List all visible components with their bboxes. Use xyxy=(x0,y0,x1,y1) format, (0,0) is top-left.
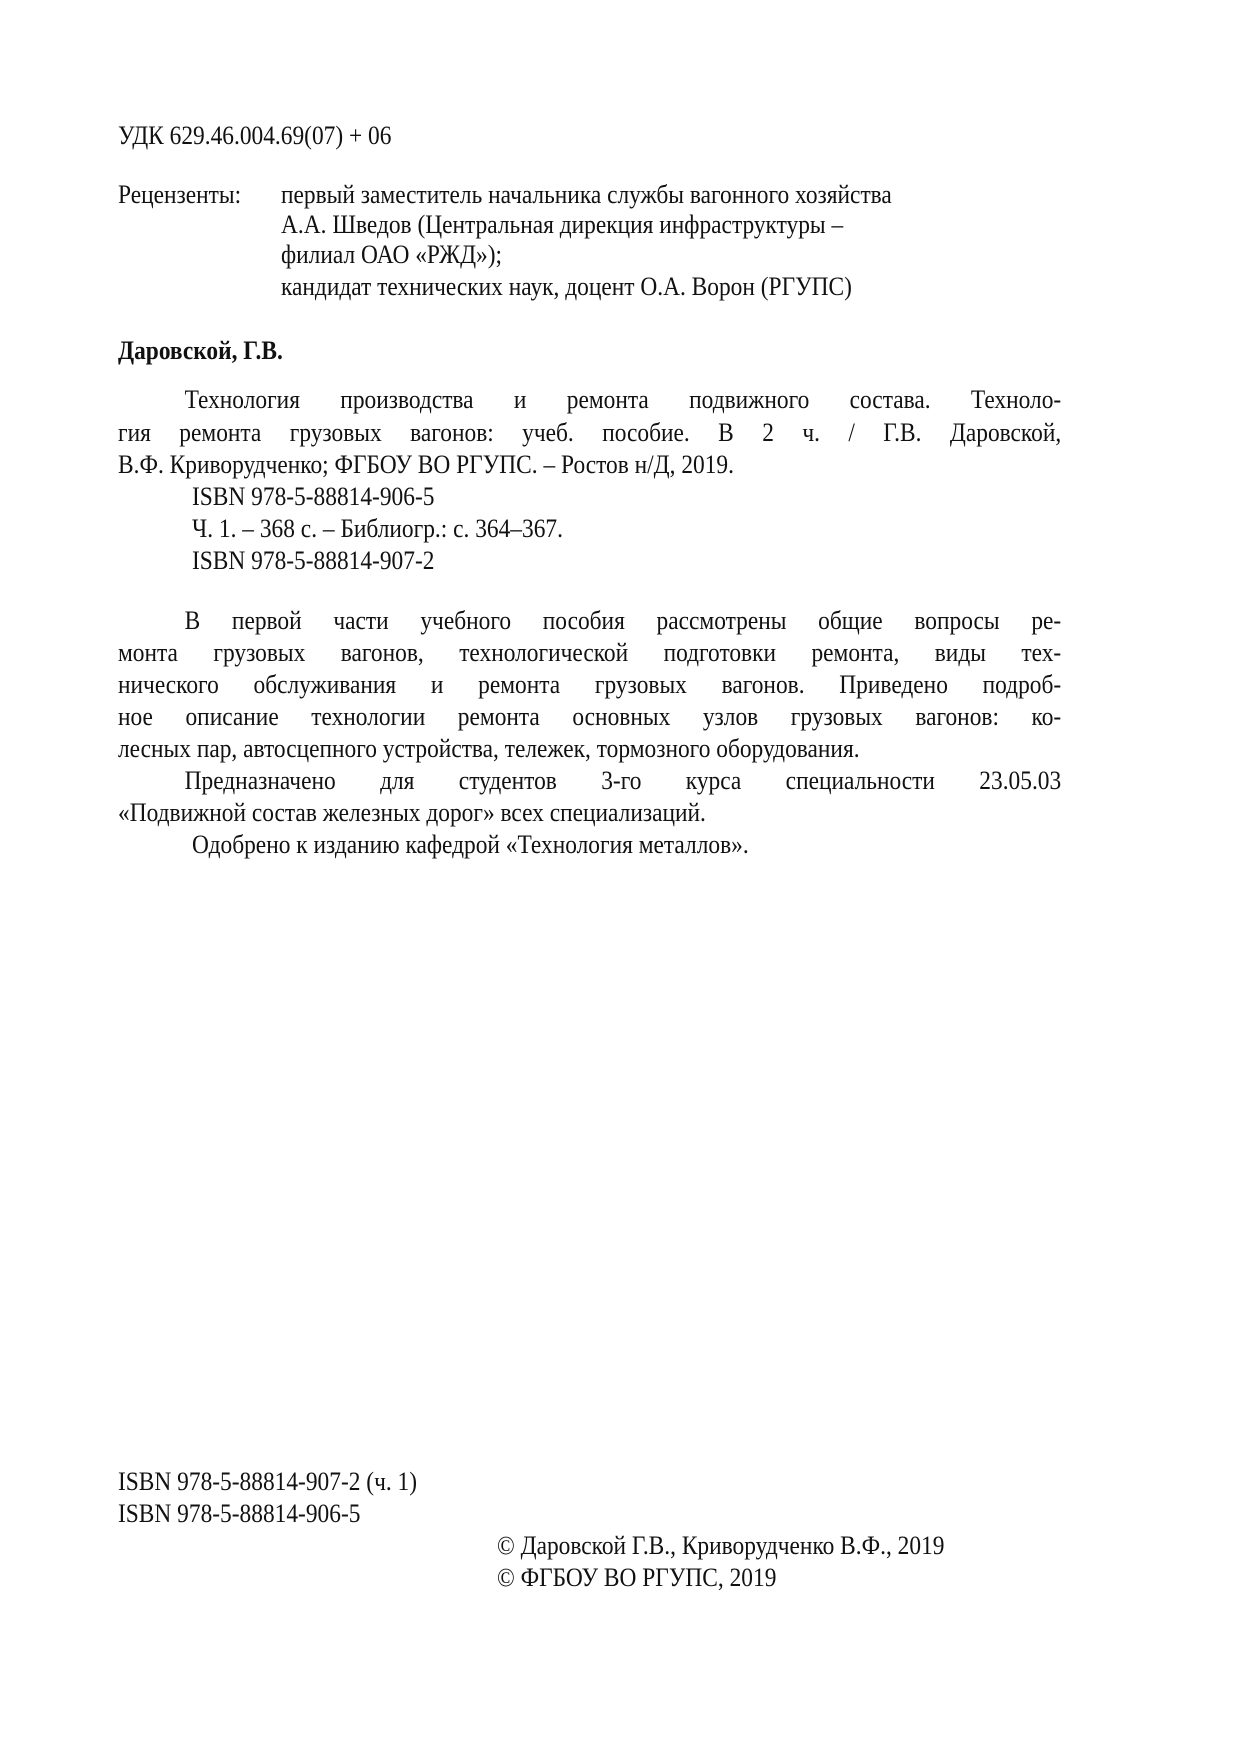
bibliographic-line: гия ремонта грузовых вагонов: учеб. посо… xyxy=(118,418,1061,448)
footer-isbn: ISBN 978-5-88814-907-2 (ч. 1) xyxy=(118,1467,417,1497)
abstract-line: монта грузовых вагонов, технологической … xyxy=(118,638,1061,668)
abstract-line: В первой части учебного пособия рассмотр… xyxy=(118,606,1061,636)
abstract-line: ное описание технологии ремонта основных… xyxy=(118,702,1061,732)
copyright-line: © Даровской Г.В., Криворудченко В.Ф., 20… xyxy=(497,1531,944,1561)
purpose-line: «Подвижной состав железных дорог» всех с… xyxy=(118,798,706,828)
abstract-line: лесных пар, автосцепного устройства, тел… xyxy=(118,734,860,764)
reviewer-line: первый заместитель начальника службы ваг… xyxy=(281,180,892,210)
reviewer-line: А.А. Шведов (Центральная дирекция инфрас… xyxy=(281,210,843,240)
reviewers-label: Рецензенты: xyxy=(118,180,241,210)
reviewer-line: кандидат технических наук, доцент О.А. В… xyxy=(281,272,852,302)
author-heading: Даровской, Г.В. xyxy=(118,336,283,366)
copyright-line: © ФГБОУ ВО РГУПС, 2019 xyxy=(497,1563,776,1593)
bibliographic-line: В.Ф. Криворудченко; ФГБОУ ВО РГУПС. – Ро… xyxy=(118,450,734,480)
approval-note: Одобрено к изданию кафедрой «Технология … xyxy=(192,830,749,860)
isbn-set: ISBN 978-5-88814-906-5 xyxy=(192,482,434,512)
isbn-part: ISBN 978-5-88814-907-2 xyxy=(192,546,434,576)
reviewer-line: филиал ОАО «РЖД»); xyxy=(281,240,502,270)
footer-isbn: ISBN 978-5-88814-906-5 xyxy=(118,1499,360,1529)
part-info: Ч. 1. – 368 с. – Библиогр.: с. 364–367. xyxy=(192,514,563,544)
purpose-line: Предназначено для студентов 3-го курса с… xyxy=(118,766,1061,796)
udk-code: УДК 629.46.004.69(07) + 06 xyxy=(118,121,391,151)
bibliographic-line: Технология производства и ремонта подвиж… xyxy=(118,385,1061,415)
document-page: УДК 629.46.004.69(07) + 06 Рецензенты: п… xyxy=(0,0,1241,1754)
abstract-line: нического обслуживания и ремонта грузовы… xyxy=(118,670,1061,700)
